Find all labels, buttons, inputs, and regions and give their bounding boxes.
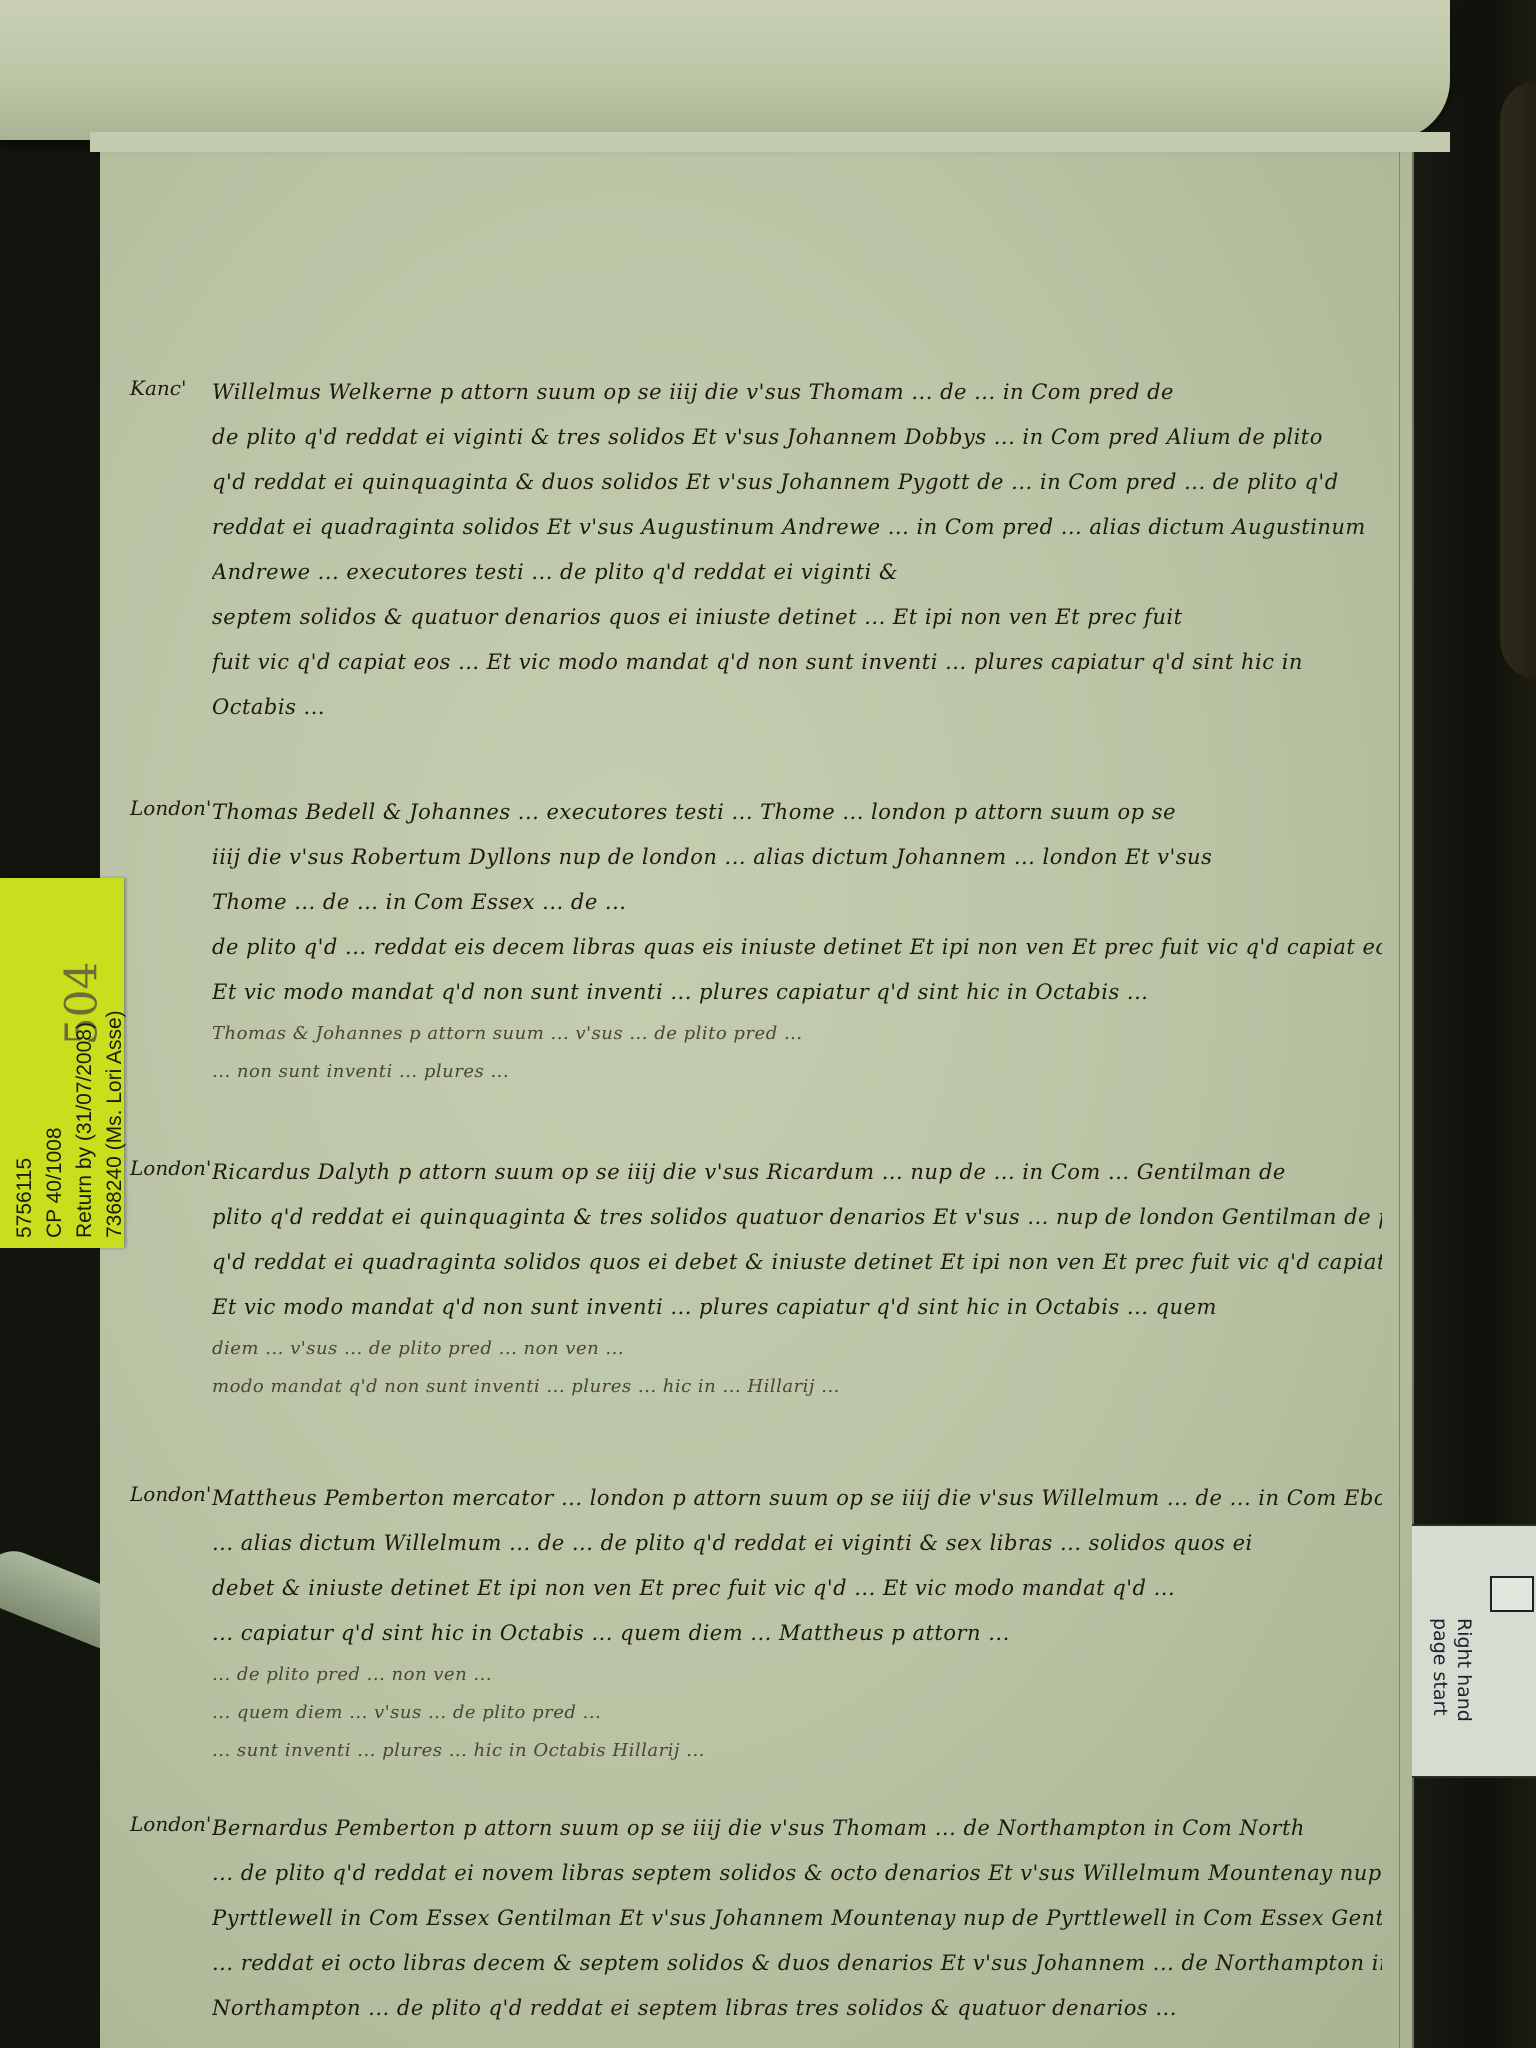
text-line: Thome ... de ... in Com Essex ... de ... xyxy=(212,880,1382,925)
entry-text: Bernardus Pemberton p attorn suum op se … xyxy=(212,1806,1382,2031)
margin-county: London' xyxy=(130,1156,211,1180)
text-line: ... de plito q'd reddat ei novem libras … xyxy=(212,1851,1382,1896)
text-line: Andrewe ... executores testi ... de plit… xyxy=(212,550,1382,595)
text-line-faint: diem ... v'sus ... de plito pred ... non… xyxy=(212,1330,1382,1368)
text-line: ... reddat ei octo libras decem & septem… xyxy=(212,1941,1382,1986)
text-line: ... alias dictum Willelmum ... de ... de… xyxy=(212,1521,1382,1566)
text-line: q'd reddat ei quinquaginta & duos solido… xyxy=(212,460,1382,505)
text-line: ... capiatur q'd sint hic in Octabis ...… xyxy=(212,1611,1382,1656)
page-edge-line xyxy=(1399,140,1400,2048)
text-line: septem solidos & quatuor denarios quos e… xyxy=(212,595,1382,640)
text-line: q'd reddat ei quadraginta solidos quos e… xyxy=(212,1240,1382,1285)
text-line: Octabis ... xyxy=(212,685,1382,730)
marker-label: Right hand page start xyxy=(1428,1618,1476,1722)
text-line-faint: ... de plito pred ... non ven ... xyxy=(212,1656,1382,1694)
text-line: Pyrttlewell in Com Essex Gentilman Et v'… xyxy=(212,1896,1382,1941)
text-line: Et vic modo mandat q'd non sunt inventi … xyxy=(212,970,1382,1015)
manuscript-page: Kanc' Willelmus Welkerne p attorn suum o… xyxy=(100,140,1414,2048)
marker-label-line1: Right hand xyxy=(1452,1618,1476,1722)
entry-text: Ricardus Dalyth p attorn suum op se iiij… xyxy=(212,1150,1382,1406)
text-line: Et vic modo mandat q'd non sunt inventi … xyxy=(212,1285,1382,1330)
text-line: de plito q'd reddat ei viginti & tres so… xyxy=(212,415,1382,460)
slip-line-order: 5756115 xyxy=(10,1010,40,1238)
margin-county: London' xyxy=(130,796,211,820)
text-line: Bernardus Pemberton p attorn suum op se … xyxy=(212,1806,1382,1851)
text-line: plito q'd reddat ei quinquaginta & tres … xyxy=(212,1195,1382,1240)
text-line-faint: Thomas & Johannes p attorn suum ... v'su… xyxy=(212,1015,1382,1053)
text-line: Mattheus Pemberton mercator ... london p… xyxy=(212,1476,1382,1521)
text-line-faint: ... quem diem ... v'sus ... de plito pre… xyxy=(212,1694,1382,1732)
marker-label-line2: page start xyxy=(1428,1618,1452,1722)
slip-line-reference: CP 40/1008 xyxy=(40,1010,70,1238)
text-line: Thomas Bedell & Johannes ... executores … xyxy=(212,790,1382,835)
slip-line-return-date: Return by (31/07/2008) xyxy=(70,1010,100,1238)
entry-text: Thomas Bedell & Johannes ... executores … xyxy=(212,790,1382,1091)
slip-info: 5756115 CP 40/1008 Return by (31/07/2008… xyxy=(10,1010,130,1238)
right-hand-page-checkbox[interactable] xyxy=(1490,1576,1534,1612)
margin-county: London' xyxy=(130,1482,211,1506)
text-line: de plito q'd ... reddat eis decem libras… xyxy=(212,925,1382,970)
slip-line-reader: 7368240 (Ms. Lori Asse) xyxy=(100,1010,130,1238)
text-line-faint: ... non sunt inventi ... plures ... xyxy=(212,1053,1382,1091)
text-line: Willelmus Welkerne p attorn suum op se i… xyxy=(212,370,1382,415)
entry-text: Willelmus Welkerne p attorn suum op se i… xyxy=(212,370,1382,730)
page-start-marker: Right hand page start xyxy=(1412,1524,1536,1778)
text-line: fuit vic q'd capiat eos ... Et vic modo … xyxy=(212,640,1382,685)
membrane-edge xyxy=(90,132,1450,152)
rolled-membrane-top xyxy=(0,0,1450,140)
margin-county: London' xyxy=(130,1812,211,1836)
text-line: debet & iniuste detinet Et ipi non ven E… xyxy=(212,1566,1382,1611)
text-line: Northampton ... de plito q'd reddat ei s… xyxy=(212,1986,1382,2031)
text-line-faint: ... sunt inventi ... plures ... hic in O… xyxy=(212,1732,1382,1770)
text-line: Ricardus Dalyth p attorn suum op se iiij… xyxy=(212,1150,1382,1195)
margin-county: Kanc' xyxy=(130,376,186,400)
entry-text: Mattheus Pemberton mercator ... london p… xyxy=(212,1476,1382,1770)
text-line: iiij die v'sus Robertum Dyllons nup de l… xyxy=(212,835,1382,880)
archive-request-slip: 504 5756115 CP 40/1008 Return by (31/07/… xyxy=(0,878,124,1248)
text-line: reddat ei quadraginta solidos Et v'sus A… xyxy=(212,505,1382,550)
text-line-faint: modo mandat q'd non sunt inventi ... plu… xyxy=(212,1368,1382,1406)
binding-fold xyxy=(1500,80,1536,680)
